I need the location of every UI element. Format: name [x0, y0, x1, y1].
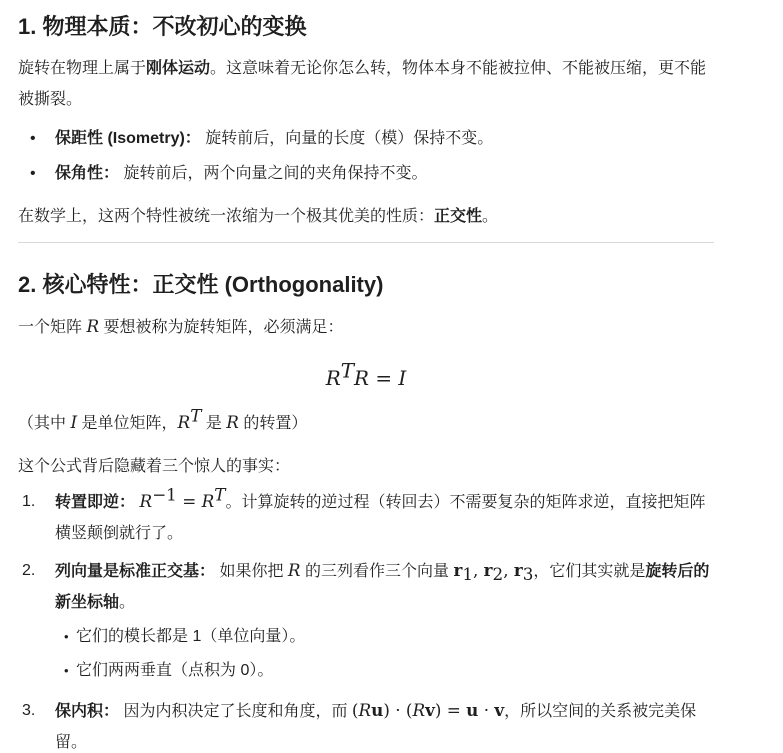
section-2: 2. 核心特性：正交性 (Orthogonality) 一个矩阵 R 要想被称为…: [18, 271, 714, 753]
list-item-content: 列向量是标准正交基： 如果你把 R 的三列看作三个向量 r1, r2, r3，它…: [55, 555, 714, 689]
list-item-isometry: • 保距性 (Isometry)： 旋转前后，向量的长度（模）保持不变。: [18, 123, 714, 154]
math-var-R: R: [326, 366, 341, 390]
section-1-heading: 1. 物理本质：不改初心的变换: [18, 13, 714, 41]
paragraph-formula-note: （其中 I 是单位矩阵，RT 是 R 的转置）: [18, 407, 714, 439]
math-equals: =: [369, 366, 398, 390]
math-var-R: R: [178, 412, 191, 432]
sub-list-item-content: 它们的模长都是 1（单位向量）。: [76, 621, 714, 652]
bullet-marker: •: [55, 621, 76, 652]
math-vec-v: v: [494, 700, 504, 720]
bold-run-transpose-inverse: 转置即逆：: [55, 494, 135, 511]
math-var-R: R: [354, 366, 369, 390]
math-dot: ·: [478, 700, 494, 720]
math-equals: =: [177, 491, 202, 511]
bold-run-rigid-motion: 刚体运动: [146, 60, 210, 77]
math-sub-1: 1: [462, 564, 473, 584]
math-vec-u: u: [466, 700, 478, 720]
text-run: 旋转前后，向量的长度（模）保持不变。: [205, 130, 493, 147]
paragraph-orthogonality-intro: 在数学上，这两个特性被统一浓缩为一个极其优美的性质：正交性。: [18, 201, 714, 232]
text-run: 旋转前后，两个向量之间的夹角保持不变。: [123, 165, 427, 182]
numbered-item-transpose-inverse: 1. 转置即逆： R−1 = RT。计算旋转的逆过程（转回去）不需要复杂的矩阵求…: [18, 486, 714, 549]
text-run: 旋转在物理上属于: [18, 60, 146, 77]
math-var-R: R: [202, 491, 215, 511]
math-var-R: R: [86, 316, 99, 336]
list-number: 2.: [18, 555, 55, 689]
math-equals: =: [441, 700, 466, 720]
bullet-marker: •: [18, 158, 55, 189]
list-number: 3.: [18, 695, 55, 753]
sub-list-item-perpendicular: • 它们两两垂直（点积为 0）。: [55, 655, 714, 686]
bullet-list: • 保距性 (Isometry)： 旋转前后，向量的长度（模）保持不变。 • 保…: [18, 123, 714, 189]
list-item-content: 保距性 (Isometry)： 旋转前后，向量的长度（模）保持不变。: [55, 123, 714, 154]
text-run: 的三列看作三个向量: [301, 563, 454, 580]
math-vec-r2: r: [484, 560, 493, 580]
text-run: 在数学上，这两个特性被统一浓缩为一个极其优美的性质：: [18, 208, 434, 225]
divider: [18, 242, 714, 243]
bullet-marker: •: [18, 123, 55, 154]
text-run: 是单位矩阵，: [77, 415, 177, 432]
text-run: （其中: [18, 415, 70, 432]
text-run: 如果你把: [219, 563, 287, 580]
list-number: 1.: [18, 486, 55, 549]
math-sub-3: 3: [523, 564, 534, 584]
math-comma: ,: [473, 560, 484, 580]
sub-bullet-list: • 它们的模长都是 1（单位向量）。 • 它们两两垂直（点积为 0）。: [55, 621, 714, 686]
math-vec-u: u: [371, 700, 383, 720]
bold-run-orthogonality: 正交性: [434, 208, 482, 225]
math-vec-r1: r: [453, 560, 462, 580]
section-2-heading: 2. 核心特性：正交性 (Orthogonality): [18, 271, 714, 299]
section-1: 1. 物理本质：不改初心的变换 旋转在物理上属于刚体运动。这意味着无论你怎么转，…: [18, 13, 714, 232]
list-item-content: 保内积： 因为内积决定了长度和角度，而 (Ru) · (Rv) = u · v，…: [55, 695, 714, 753]
numbered-item-inner-product: 3. 保内积： 因为内积决定了长度和角度，而 (Ru) · (Rv) = u ·…: [18, 695, 714, 753]
list-item-content: 保角性： 旋转前后，两个向量之间的夹角保持不变。: [55, 158, 714, 189]
text-run: 。: [119, 594, 135, 611]
math-vec-v: v: [425, 700, 435, 720]
text-run: 要想被称为旋转矩阵，必须满足：: [99, 319, 343, 336]
text-run: ，它们其实就是: [533, 563, 645, 580]
text-run: 一个矩阵: [18, 319, 86, 336]
math-var-R: R: [288, 560, 301, 580]
numbered-list: 1. 转置即逆： R−1 = RT。计算旋转的逆过程（转回去）不需要复杂的矩阵求…: [18, 486, 714, 753]
math-var-R: R: [139, 491, 152, 511]
sub-list-item-unit-length: • 它们的模长都是 1（单位向量）。: [55, 621, 714, 652]
document: 1. 物理本质：不改初心的变换 旋转在物理上属于刚体运动。这意味着无论你怎么转，…: [18, 0, 714, 753]
text-run: 因为内积决定了长度和角度，而: [123, 703, 351, 720]
text-run: 。: [482, 208, 498, 225]
sub-list-item-content: 它们两两垂直（点积为 0）。: [76, 655, 714, 686]
bullet-marker: •: [55, 655, 76, 686]
math-comma: ,: [503, 560, 514, 580]
bold-run-angle: 保角性：: [55, 165, 119, 182]
paragraph-rigid-body: 旋转在物理上属于刚体运动。这意味着无论你怎么转，物体本身不能被拉伸、不能被压缩，…: [18, 53, 714, 115]
math-vec-r3: r: [514, 560, 523, 580]
math-sup-T: T: [341, 359, 354, 383]
math-sup-T: T: [214, 485, 225, 505]
text-run: 是: [201, 415, 226, 432]
math-var-R: R: [358, 700, 371, 720]
paragraph-matrix-condition: 一个矩阵 R 要想被称为旋转矩阵，必须满足：: [18, 311, 714, 343]
math-var-R: R: [412, 700, 425, 720]
math-sup-neg1: −1: [152, 485, 177, 505]
bold-run-inner-product: 保内积：: [55, 703, 119, 720]
list-item-angle-preserving: • 保角性： 旋转前后，两个向量之间的夹角保持不变。: [18, 158, 714, 189]
math-sup-T: T: [190, 406, 201, 426]
math-var-I: I: [398, 366, 406, 390]
bold-run-orthonormal-basis: 列向量是标准正交基：: [55, 563, 215, 580]
numbered-item-orthonormal-columns: 2. 列向量是标准正交基： 如果你把 R 的三列看作三个向量 r1, r2, r…: [18, 555, 714, 689]
text-run: 的转置）: [239, 415, 307, 432]
math-var-R: R: [226, 412, 239, 432]
bold-run-isometry: 保距性 (Isometry)：: [55, 130, 201, 147]
math-sub-2: 2: [493, 564, 504, 584]
paragraph-three-facts: 这个公式背后隐藏着三个惊人的事实：: [18, 451, 714, 482]
math-formula-rtr: RTR = I: [18, 363, 714, 395]
math-dot: ·: [390, 700, 406, 720]
list-item-content: 转置即逆： R−1 = RT。计算旋转的逆过程（转回去）不需要复杂的矩阵求逆，直…: [55, 486, 714, 549]
